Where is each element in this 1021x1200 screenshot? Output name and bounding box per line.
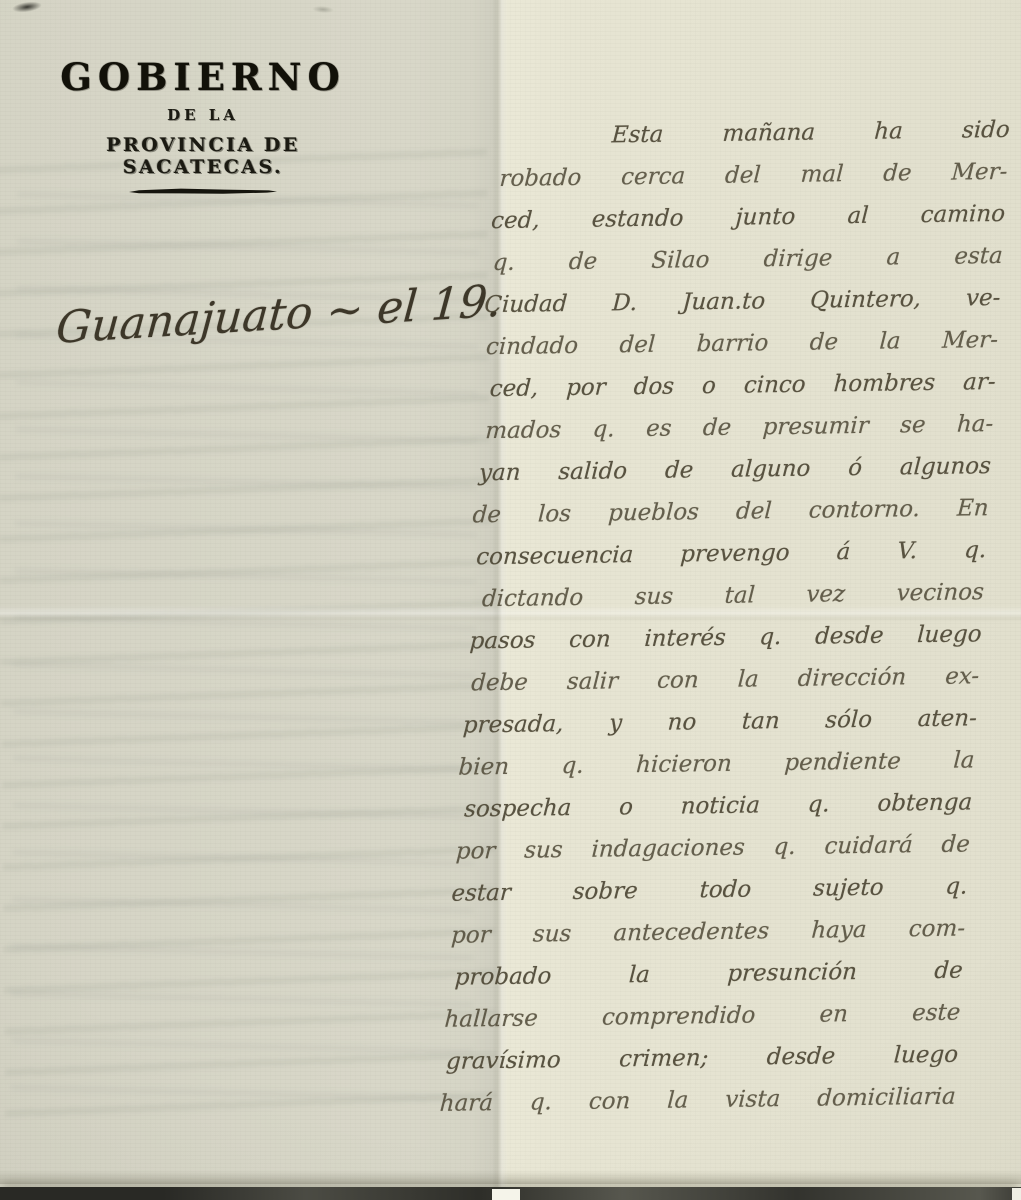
handwritten-line: estar sobre todo sujeto q. xyxy=(450,865,968,914)
handwritten-line: Esta mañana ha sido xyxy=(611,109,1011,157)
handwritten-line: debe salir con la dirección ex- xyxy=(470,655,980,704)
handwritten-line: por sus antecedentes haya com- xyxy=(450,907,966,956)
printed-letterhead: GOBIERNO DE LA PROVINCIA DE SACATECAS. xyxy=(28,58,378,196)
letterhead-title: GOBIERNO xyxy=(28,58,378,97)
handwritten-line: yan salido de alguno ó algunos xyxy=(478,445,992,494)
letterhead-province-line: PROVINCIA DE SACATECAS. xyxy=(28,134,378,178)
handwritten-line: ced, por dos o cinco hombres ar- xyxy=(489,361,997,410)
handwriting-column: Esta mañana ha sido robado cerca del mal… xyxy=(439,109,1011,1125)
handwritten-line: mados q. es de presumir se ha- xyxy=(484,403,994,452)
handwritten-line: dictando sus tal vez vecinos xyxy=(481,571,985,620)
handwritten-line: consecuencia prevengo á V. q. xyxy=(475,529,987,578)
handwritten-line: presada, y no tan sólo aten- xyxy=(462,697,978,746)
handwritten-line: sospecha o noticia q. obtenga xyxy=(463,781,973,830)
scan-edge-gap xyxy=(1012,1188,1021,1200)
handwritten-line: hallarse comprendido en este xyxy=(443,992,961,1041)
handwritten-line: probado la presunción de xyxy=(454,950,964,999)
handwritten-line: robado cerca del mal de Mer- xyxy=(498,151,1008,200)
scanned-letter-page: { "document": { "kind": "handwritten let… xyxy=(0,0,1021,1200)
handwritten-line: hará q. con la vista domiciliaria xyxy=(439,1076,957,1125)
letterhead-flourish-rule xyxy=(129,187,277,196)
handwritten-line: gravísimo crimen; desde luego xyxy=(445,1034,959,1083)
handwritten-line: ced, estando junto al camino xyxy=(490,193,1006,242)
handwritten-line: cindado del barrio de la Mer- xyxy=(485,319,999,368)
handwritten-line: Ciudad D. Juan.to Quintero, ve- xyxy=(483,277,1001,326)
scan-edge-gap xyxy=(492,1189,520,1200)
handwritten-line: pasos con interés q. desde luego xyxy=(468,613,982,662)
letterhead-subtitle: DE LA xyxy=(28,106,378,124)
handwritten-line: q. de Silao dirige a esta xyxy=(492,235,1004,284)
ink-smudge xyxy=(312,5,334,14)
handwritten-line: por sus indagaciones q. cuidará de xyxy=(455,823,971,872)
handwritten-line: bien q. hicieron pendiente la xyxy=(457,739,975,788)
handwritten-line: de los pueblos del contorno. En xyxy=(471,487,989,536)
